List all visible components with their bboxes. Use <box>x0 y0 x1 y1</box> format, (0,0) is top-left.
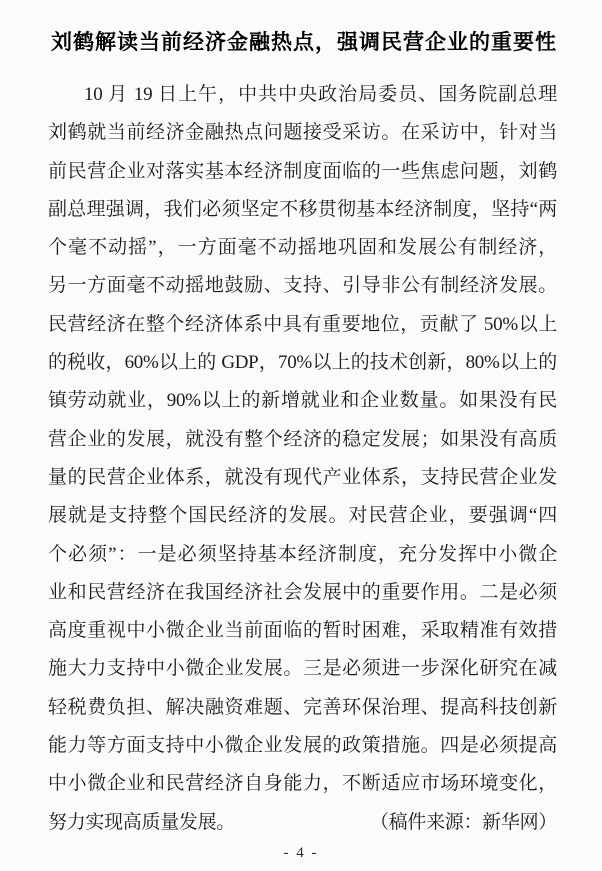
body-line: 10 月 19 日上午，中共中央政治局委员、国务院副总理 <box>48 76 557 114</box>
body-line: 业和民营经济在我国经济社会发展中的重要作用。二是必须 <box>48 574 557 612</box>
body-line: 轻税费负担、解决融资难题、完善环保治理、提高科技创新 <box>48 689 557 727</box>
body-line: 另一方面毫不动摇地鼓励、支持、引导非公有制经济发展。 <box>48 267 557 305</box>
body-line: 镇劳动就业，90%以上的新增就业和企业数量。如果没有民 <box>48 382 557 420</box>
body-line: 能力等方面支持中小微企业发展的政策措施。四是必须提高 <box>48 727 557 765</box>
body-line: 个必须”：一是必须坚持基本经济制度，充分发挥中小微企 <box>48 536 557 574</box>
closing-line: 努力实现高质量发展。 （稿件来源：新华网） <box>48 804 557 842</box>
source-attribution: （稿件来源：新华网） <box>370 804 557 842</box>
body-line: 展就是支持整个国民经济的发展。对民营企业，要强调“四 <box>48 497 557 535</box>
body-line: 营企业的发展，就没有整个经济的稳定发展；如果没有高质 <box>48 421 557 459</box>
article-body: 10 月 19 日上午，中共中央政治局委员、国务院副总理刘鹤就当前经济金融热点问… <box>48 76 557 842</box>
body-line: 量的民营企业体系，就没有现代产业体系，支持民营企业发 <box>48 459 557 497</box>
body-line: 副总理强调，我们必须坚定不移贯彻基本经济制度，坚持“两 <box>48 191 557 229</box>
body-line: 刘鹤就当前经济金融热点问题接受采访。在采访中，针对当 <box>48 114 557 152</box>
body-line: 中小微企业和民营经济自身能力，不断适应市场环境变化， <box>48 765 557 803</box>
body-line: 前民营企业对落实基本经济制度面临的一些焦虑问题，刘鹤 <box>48 153 557 191</box>
body-line: 的税收，60%以上的 GDP，70%以上的技术创新，80%以上的城 <box>48 344 557 382</box>
body-line: 民营经济在整个经济体系中具有重要地位，贡献了 50%以上 <box>48 306 557 344</box>
body-line: 施大力支持中小微企业发展。三是必须进一步深化研究在减 <box>48 650 557 688</box>
page-number: - 4 - <box>0 843 602 863</box>
document-page: 刘鹤解读当前经济金融热点，强调民营企业的重要性 10 月 19 日上午，中共中央… <box>0 0 602 871</box>
body-line: 高度重视中小微企业当前面临的暂时困难，采取精准有效措 <box>48 612 557 650</box>
body-line: 个毫不动摇”，一方面毫不动摇地巩固和发展公有制经济， <box>48 229 557 267</box>
closing-sentence: 努力实现高质量发展。 <box>48 804 235 842</box>
document-title: 刘鹤解读当前经济金融热点，强调民营企业的重要性 <box>48 24 560 60</box>
